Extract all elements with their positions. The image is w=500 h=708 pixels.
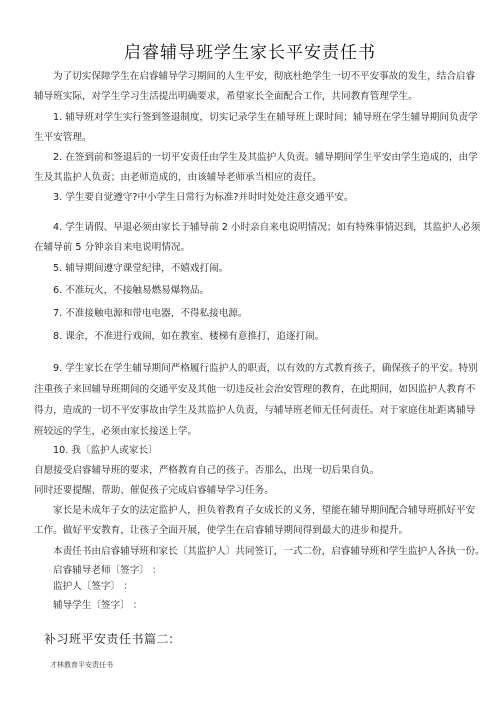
document-page: 启睿辅导班学生家长平安责任书 为了切实保障学生在启睿辅导学习期间的人生平安，彻底…	[0, 0, 500, 708]
text-line: 在辅导前 5 分钟亲自来电说明情况。	[34, 239, 190, 253]
text-line: 同时还要提醒、帮助、催促孩子完成启睿辅导学习任务。	[34, 482, 274, 496]
text-line: 本责任书由启睿辅导班和家长〔其监护人〕共同签订，一式二份，启睿辅导班和学生监护人…	[53, 543, 485, 557]
text-line: 辅导班实际，对学生学习生活提出明确要求，希望家长全面配合工作，共同教育管理学生。	[34, 88, 418, 102]
text-line: 4. 学生请假、早退必须由家长于辅导前 2 小时亲自来电说明情况；如有特殊事情迟…	[53, 219, 480, 233]
text-line: 3. 学生要自觉遵守?中小学生日常行为标准?并时时处处注意交通平安。	[53, 189, 354, 203]
section2-heading: 补习班平安责任书篇二:	[44, 630, 174, 647]
text-line: 家长是未成年子女的法定监护人，担负着教育子女成长的义务，望能在辅导期间配合辅导班…	[53, 502, 475, 516]
text-line: 10. 我〔监护人或家长〕	[53, 442, 158, 456]
text-line: 注重孩子来回辅导班期间的交通平安及其他一切违反社会治安管理的教育，在此期间，如因…	[34, 381, 475, 395]
text-line: 辅导学生〔签字〕 ：	[53, 597, 142, 611]
text-line: 班较远的学生，必须由家长接送上学。	[34, 423, 197, 437]
text-line: 6. 不准玩火，不接触易燃易爆物品。	[53, 282, 209, 296]
text-line: 8. 课余，不准进行戏闹，如在教室、楼梯有意推打，追逐打闹。	[53, 328, 324, 342]
text-line: 监护人〔签字〕 ：	[53, 578, 133, 592]
text-line: 1. 辅导班对学生实行签到签退制度，切实记录学生在辅导班上课时间；辅导班在学生辅…	[53, 109, 478, 123]
text-line: 7. 不准接触电源和带电电器，不得私接电源。	[53, 305, 247, 319]
text-line: 生及其监护人负责；由老师造成的，由该辅导老师承当相应的责任。	[34, 169, 322, 183]
text-line: 5. 辅导期间遵守课堂纪律，不嬉戏打闹。	[53, 260, 228, 274]
text-line: 得力，造成的一切不平安事故由学生及其监护人负责，与辅导班老师无任何责任。对于家庭…	[34, 402, 475, 416]
text-line: 启睿辅导老师〔签字〕 ：	[53, 562, 162, 576]
text-line: 生平安管理。	[34, 129, 92, 143]
text-line: 为了切实保障学生在启睿辅导学习期间的人生平安，彻底杜绝学生一切不平安事故的发生，…	[53, 68, 475, 82]
text-line: 工作。做好平安教育，让孩子全面开展，使学生在启睿辅导期间得到最大的进步和提升。	[34, 522, 408, 536]
document-title: 启睿辅导班学生家长平安责任书	[0, 38, 500, 63]
text-line: 2. 在签到前和签退后的一切平安责任由学生及其监护人负责。辅导期间学生平安由学生…	[53, 149, 478, 163]
text-line: 自愿接受启睿辅导班的要求，严格教育自己的孩子。否那么，出现一切后果自负。	[34, 462, 379, 476]
text-line: 9. 学生家长在学生辅导期间严格履行监护人的职责，以有效的方式教育孩子，确保孩子…	[53, 360, 478, 374]
section2-subtitle: 才林教育平安责任书	[50, 660, 113, 670]
